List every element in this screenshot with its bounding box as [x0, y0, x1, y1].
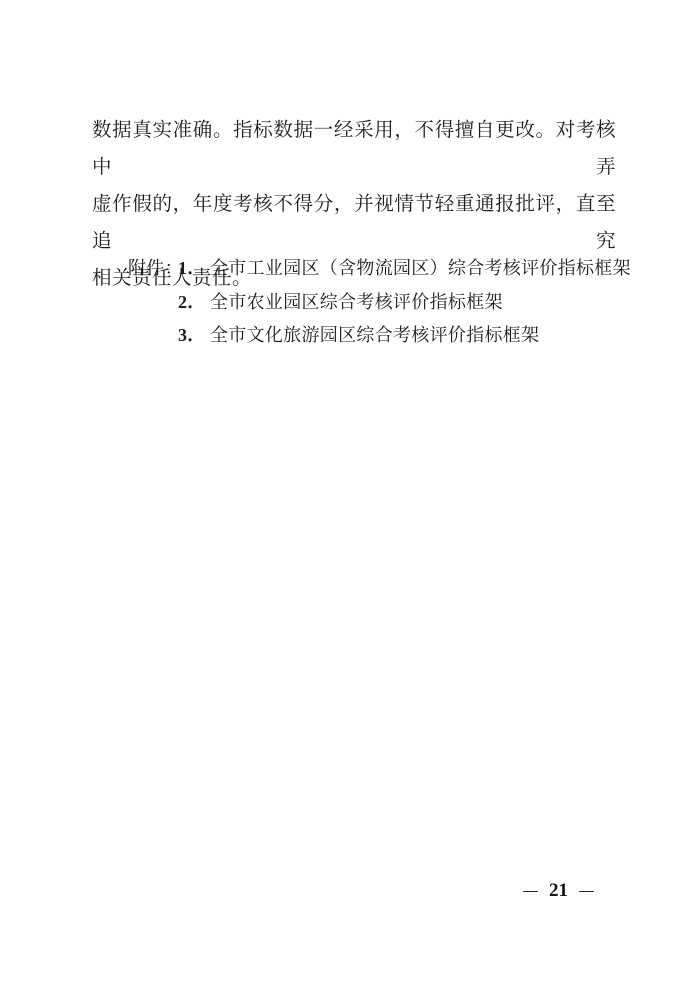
page-number: —21—	[521, 880, 596, 902]
page-number-dash: —	[579, 880, 593, 902]
page-number-value: 21	[549, 880, 568, 902]
attachment-number: 3．	[178, 319, 210, 353]
body-line: 数据真实准确。指标数据一经采用，不得擅自更改。对考核中弄	[92, 112, 616, 186]
attachment-title: 全市文化旅游园区综合考核评价指标框架	[210, 325, 539, 345]
attachment-number: 2．	[178, 286, 210, 320]
attachment-label: 附件：	[128, 252, 178, 286]
attachment-title: 全市工业园区（含物流园区）综合考核评价指标框架	[210, 258, 631, 278]
attachment-list: 附件：1．全市工业园区（含物流园区）综合考核评价指标框架 2．全市农业园区综合考…	[128, 252, 631, 353]
page-number-dash: —	[523, 880, 537, 902]
attachment-item: 2．全市农业园区综合考核评价指标框架	[178, 286, 631, 320]
attachment-item: 附件：1．全市工业园区（含物流园区）综合考核评价指标框架	[128, 252, 631, 286]
attachment-item: 3．全市文化旅游园区综合考核评价指标框架	[178, 319, 631, 353]
document-page: 数据真实准确。指标数据一经采用，不得擅自更改。对考核中弄 虚作假的，年度考核不得…	[0, 0, 700, 990]
attachment-number: 1．	[178, 252, 210, 286]
attachment-title: 全市农业园区综合考核评价指标框架	[210, 292, 503, 312]
body-line: 虚作假的，年度考核不得分，并视情节轻重通报批评，直至追究	[92, 186, 616, 260]
